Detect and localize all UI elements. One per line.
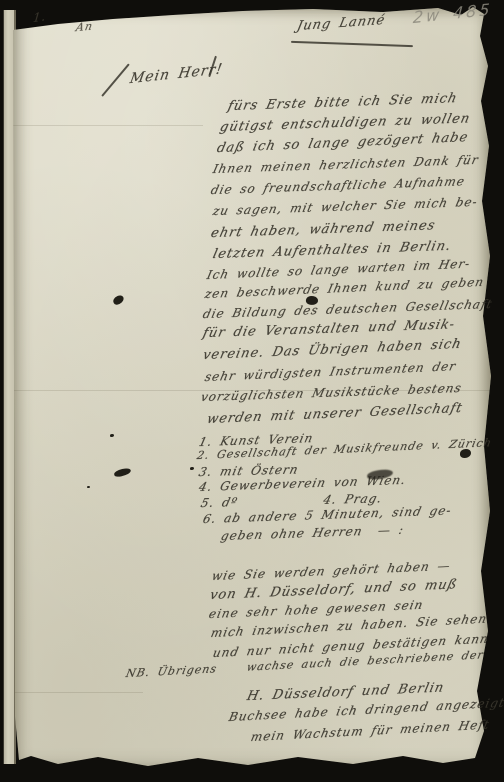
salutation-leadin-stroke (101, 63, 130, 96)
ink-blot (190, 467, 194, 470)
ink-blot (113, 467, 131, 477)
handwriting-line: zu sagen, mit welcher Sie mich be- (212, 196, 479, 217)
handwriting-line: geben ohne Herren — : (220, 524, 406, 542)
ink-blot (112, 294, 125, 306)
scanned-letter-page: 1. An Jung Lanné 2w 485 Mein Herr! fürs … (0, 0, 504, 782)
docket-name: Jung Lanné (296, 14, 387, 33)
handwriting-line: sehr würdigsten Instrumenten der (204, 360, 458, 383)
handwriting-line: mein Wachstum für meinen Heft (250, 718, 491, 743)
address-abbrev: An (75, 20, 94, 33)
handwriting-overlay: 1. An Jung Lanné 2w 485 Mein Herr! fürs … (0, 0, 504, 782)
docket-underline-stroke (291, 41, 413, 47)
handwriting-line: fürs Erste bitte ich Sie mich (226, 92, 458, 113)
ink-blot (110, 434, 114, 437)
handwriting-line: für die Veranstalten und Musik- (201, 318, 456, 340)
ink-blot (460, 449, 471, 458)
handwriting-line: werden mit unserer Gesellschaft (206, 402, 464, 426)
page-number: 1. (32, 10, 47, 24)
ink-blot (87, 486, 90, 488)
handwriting-line: ehrt haben, während meines (209, 219, 436, 240)
handwriting-line: vereine. Das Übrigen haben sich (202, 338, 463, 362)
handwriting-line: 3. mit Östern (198, 463, 300, 478)
handwriting-line: die so freundschaftliche Aufnahme (210, 175, 467, 196)
handwriting-line: Ihnen meinen herzlichsten Dank für (212, 154, 480, 175)
handwriting-line: daß ich so lange gezögert habe (216, 131, 470, 155)
pencil-archive-number: 2w 485 (412, 2, 493, 27)
handwriting-line: vorzüglichsten Musikstücke bestens (200, 382, 464, 403)
